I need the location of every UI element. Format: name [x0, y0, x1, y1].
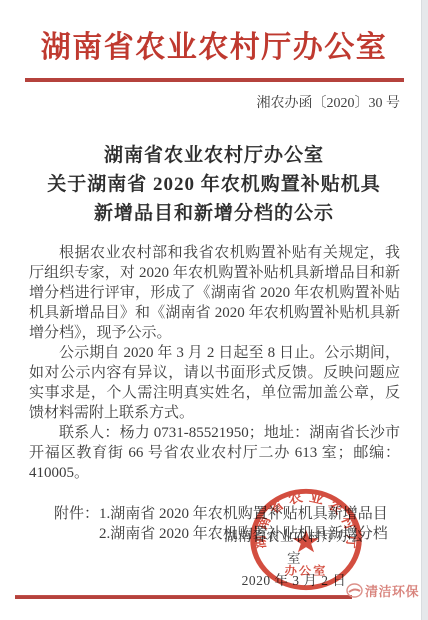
document-title-line-3: 新增品目和新增分档的公示 — [0, 199, 428, 228]
header-divider-line — [25, 78, 404, 82]
page-edge-strip — [421, 0, 428, 620]
document-body: 根据农业农村部和我省农机购置补贴有关规定，我厅组织专家，对 2020 年农机购置… — [29, 243, 400, 483]
letterhead-title: 湖南省农业农村厅办公室 — [0, 0, 428, 69]
watermark-logo: 清洁环保 — [346, 581, 419, 600]
body-paragraph: 联系人：杨力 0731-85521950；地址：湖南省长沙市开福区教育街 66 … — [29, 423, 400, 483]
attachments-label: 附件： — [54, 504, 99, 544]
body-paragraph: 根据农业农村部和我省农机购置补贴有关规定，我厅组织专家，对 2020 年农机购置… — [29, 243, 400, 343]
document-number: 湘农办函〔2020〕30 号 — [0, 95, 428, 113]
watermark-text: 清洁环保 — [365, 581, 419, 600]
document-title-line-2: 关于湖南省 2020 年农机购置补贴机具 — [0, 170, 428, 199]
seal-star-icon — [293, 530, 319, 553]
body-paragraph: 公示期自 2020 年 3 月 2 日起至 8 日止。公示期间，如对公示内容有异… — [29, 343, 400, 423]
official-document-page: 湖南省农业农村厅办公室 湘农办函〔2020〕30 号 湖南省农业农村厅办公室 关… — [0, 0, 428, 620]
document-title-line-1: 湖南省农业农村厅办公室 — [0, 141, 428, 170]
watermark-swoosh-icon — [346, 583, 363, 598]
seal-bottom-text: 办公室 — [285, 564, 328, 577]
official-seal: 湖南省农业农村厅 办公室 — [247, 486, 365, 593]
document-title: 湖南省农业农村厅办公室 关于湖南省 2020 年农机购置补贴机具 新增品目和新增… — [0, 141, 428, 228]
footer-divider-line — [15, 595, 352, 599]
